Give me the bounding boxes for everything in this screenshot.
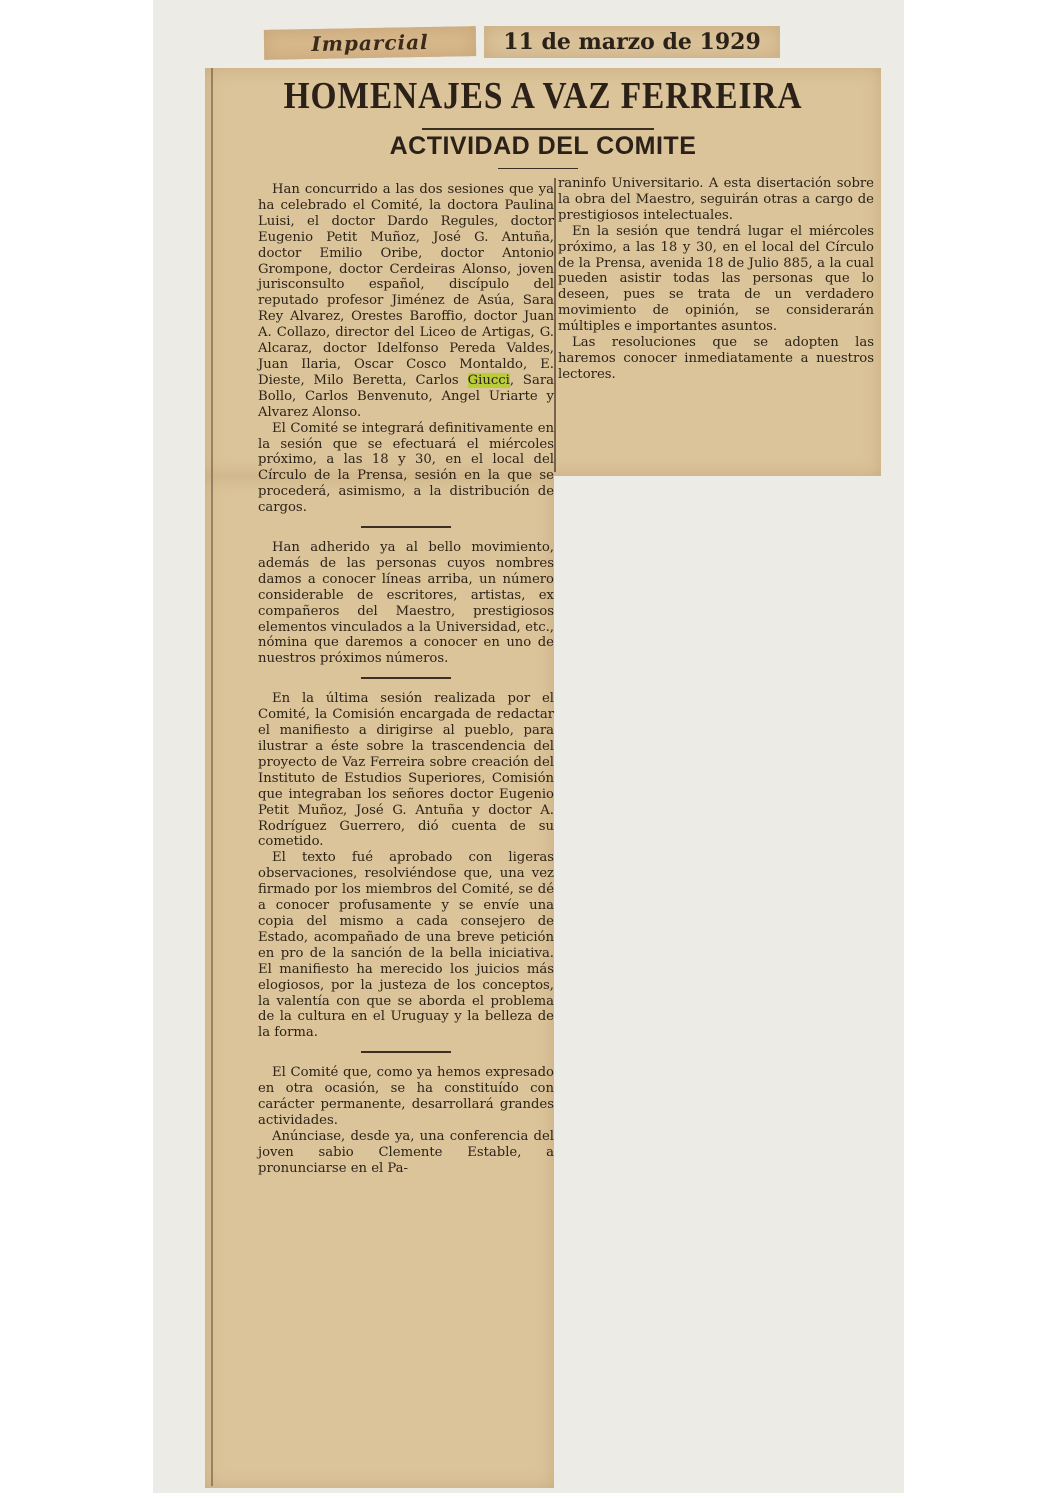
paragraph-commission: En la última sesión realizada por el Com… [258,691,554,850]
publication-date: 11 de marzo de 1929 [484,26,780,58]
newspaper-masthead: Imparcial [264,26,476,60]
article-left-column: Han concurrido a las dos sesiones que ya… [258,182,554,1177]
title-rule [422,128,654,130]
text-run: Han concurrido a las dos sesiones que ya… [258,182,554,388]
masthead-text: Imparcial [311,30,429,56]
paragraph-permanent-committee: El Comité que, como ya hemos expresado e… [258,1065,554,1129]
paragraph-attendees: Han concurrido a las dos sesiones que ya… [258,182,554,421]
paragraph-resolutions: Las resoluciones que se adopten las hare… [558,335,874,383]
paragraph-next-session: En la sesión que tendrá lugar el miércol… [558,224,874,335]
section-separator [361,526,451,528]
paragraph-integration: El Comité se integrará definitivamente e… [258,421,554,516]
subtitle-rule [498,168,578,169]
section-separator [361,1051,451,1053]
column-divider [554,178,556,472]
article-title: HOMENAJES A VAZ FERREIRA [246,74,841,118]
paragraph-conference: Anúnciase, desde ya, una conferencia del… [258,1129,554,1177]
article-subtitle: ACTIVIDAD DEL COMITE [205,132,881,161]
clipping-edge [211,68,213,1486]
paragraph-adhesions: Han adherido ya al bello movimiento, ade… [258,540,554,667]
date-text: 11 de marzo de 1929 [503,29,761,55]
paragraph-text-approved: El texto fué aprobado con ligeras observ… [258,850,554,1041]
paragraph-continuation: raninfo Universitario. A esta disertació… [558,176,874,224]
section-separator [361,677,451,679]
highlighted-name: Giucci [468,373,510,388]
article-right-column: raninfo Universitario. A esta disertació… [558,176,874,383]
